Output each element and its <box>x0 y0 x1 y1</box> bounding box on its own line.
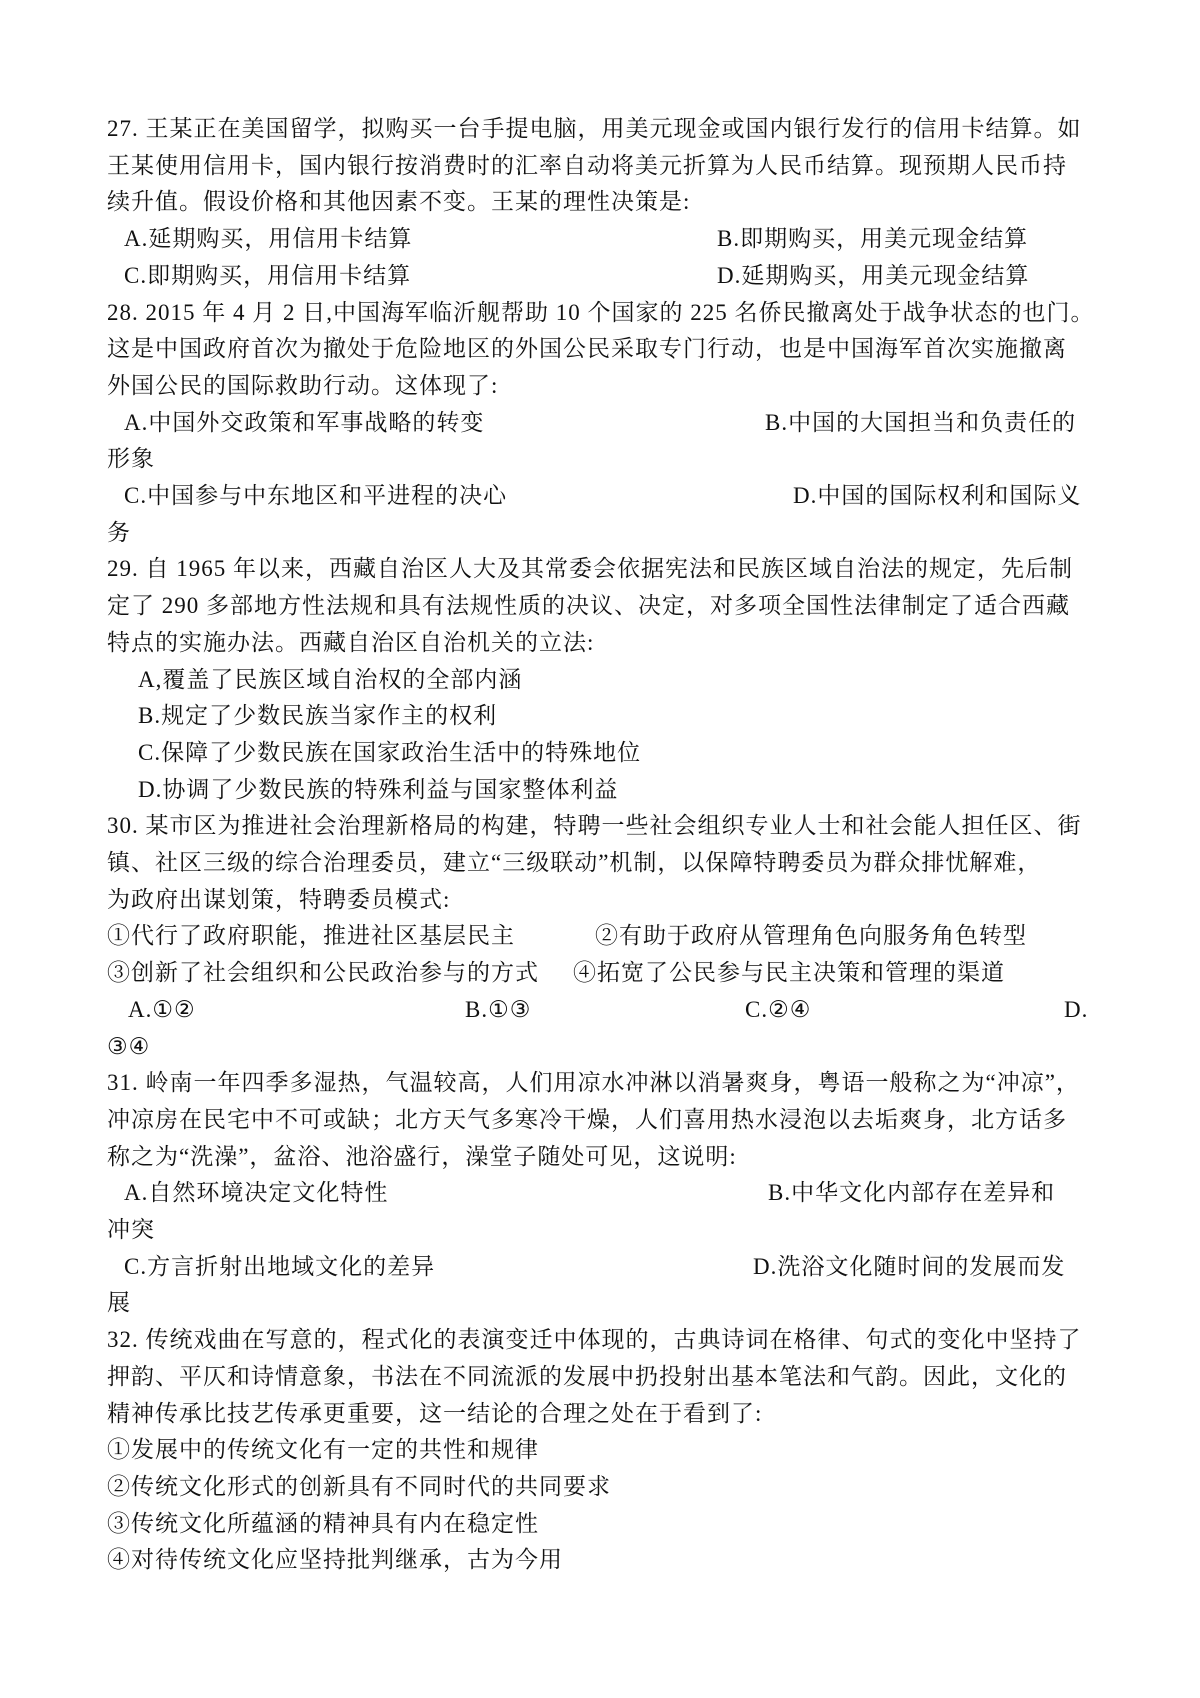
question-29-option-A: A,覆盖了民族区域自治权的全部内涵 <box>138 663 522 697</box>
question-30-line: 为政府出谋划策，特聘委员模式: <box>0 883 1200 920</box>
question-31-line: A.自然环境决定文化特性B.中华文化内部存在差异和 <box>0 1176 1200 1213</box>
question-29-line: A,覆盖了民族区域自治权的全部内涵 <box>0 663 1200 700</box>
question-30-item-2: ②有助于政府从管理角色向服务角色转型 <box>595 919 1027 953</box>
question-29-stem: 29. 自 1965 年以来，西藏自治区人大及其常委会依据宪法和民族区域自治法的… <box>107 552 1073 586</box>
question-29-option-C: C.保障了少数民族在国家政治生活中的特殊地位 <box>138 736 641 770</box>
question-29-option-B: B.规定了少数民族当家作主的权利 <box>138 699 497 733</box>
question-28-line: 这是中国政府首次为撤处于危险地区的外国公民采取专门行动，也是中国海军首次实施撤离 <box>0 332 1200 369</box>
question-27-option-B: B.即期购买，用美元现金结算 <box>717 222 1028 256</box>
question-28-option-A: A.中国外交政策和军事战略的转变 <box>124 406 484 440</box>
question-32-stem: 押韵、平仄和诗情意象，书法在不同流派的发展中扔投射出基本笔法和气韵。因此，文化的 <box>107 1360 1067 1394</box>
question-28-option-B-wrap: 形象 <box>107 442 155 476</box>
question-30-stem: 为政府出谋划策，特聘委员模式: <box>107 883 450 917</box>
question-31-option-C: C.方言折射出地域文化的差异 <box>124 1250 435 1284</box>
question-29-line: 定了 290 多部地方性法规和具有法规性质的决议、决定，对多项全国性法律制定了适… <box>0 589 1200 626</box>
question-31-option-D-wrap: 展 <box>107 1286 131 1320</box>
question-30-line: ③创新了社会组织和公民政治参与的方式④拓宽了公民参与民主决策和管理的渠道 <box>0 956 1200 993</box>
document-page: 27. 王某正在美国留学，拟购买一台手提电脑，用美元现金或国内银行发行的信用卡结… <box>0 0 1200 1698</box>
question-27-stem: 续升值。假设价格和其他因素不变。王某的理性决策是: <box>107 185 690 219</box>
question-31-line: C.方言折射出地域文化的差异D.洗浴文化随时间的发展而发 <box>0 1250 1200 1287</box>
question-28-option-B: B.中国的大国担当和负责任的 <box>765 406 1076 440</box>
question-28-line: 28. 2015 年 4 月 2 日,中国海军临沂舰帮助 10 个国家的 225… <box>0 296 1200 333</box>
question-32-stem: 32. 传统戏曲在写意的，程式化的表演变迁中体现的，古典诗词在格律、句式的变化中… <box>107 1323 1082 1357</box>
question-32-stem: 精神传承比技艺传承更重要，这一结论的合理之处在于看到了: <box>107 1397 762 1431</box>
question-31-line: 冲凉房在民宅中不可或缺；北方天气多寒冷干燥，人们喜用热水浸泡以去垢爽身，北方话多 <box>0 1103 1200 1140</box>
question-30-option-D: D. <box>1064 993 1088 1027</box>
question-30-item-3: ③创新了社会组织和公民政治参与的方式 <box>107 956 539 990</box>
question-30-line: ③④ <box>0 1030 1200 1067</box>
question-32-line: 32. 传统戏曲在写意的，程式化的表演变迁中体现的，古典诗词在格律、句式的变化中… <box>0 1323 1200 1360</box>
question-28-line: A.中国外交政策和军事战略的转变B.中国的大国担当和负责任的 <box>0 406 1200 443</box>
question-32-line: ①发展中的传统文化有一定的共性和规律 <box>0 1433 1200 1470</box>
question-31-option-D: D.洗浴文化随时间的发展而发 <box>753 1250 1065 1284</box>
question-30-option-C: C.②④ <box>745 993 811 1027</box>
question-29-line: C.保障了少数民族在国家政治生活中的特殊地位 <box>0 736 1200 773</box>
question-27-line: A.延期购买，用信用卡结算B.即期购买，用美元现金结算 <box>0 222 1200 259</box>
question-27-line: 王某使用信用卡，国内银行按消费时的汇率自动将美元折算为人民币结算。现预期人民币持 <box>0 149 1200 186</box>
question-28-line: 外国公民的国际救助行动。这体现了: <box>0 369 1200 406</box>
question-28-line: 形象 <box>0 442 1200 479</box>
question-27-line: 27. 王某正在美国留学，拟购买一台手提电脑，用美元现金或国内银行发行的信用卡结… <box>0 112 1200 149</box>
question-27-stem: 27. 王某正在美国留学，拟购买一台手提电脑，用美元现金或国内银行发行的信用卡结… <box>107 112 1082 146</box>
question-28-stem: 28. 2015 年 4 月 2 日,中国海军临沂舰帮助 10 个国家的 225… <box>107 296 1095 330</box>
question-27-option-D: D.延期购买，用美元现金结算 <box>717 259 1029 293</box>
question-28-line: C.中国参与中东地区和平进程的决心D.中国的国际权利和国际义 <box>0 479 1200 516</box>
question-31-line: 31. 岭南一年四季多湿热，气温较高，人们用凉水冲淋以消暑爽身，粤语一般称之为“… <box>0 1066 1200 1103</box>
question-31-option-B: B.中华文化内部存在差异和 <box>768 1176 1055 1210</box>
question-30-option-A: A.①② <box>128 993 196 1027</box>
question-27-line: C.即期购买，用信用卡结算D.延期购买，用美元现金结算 <box>0 259 1200 296</box>
question-30-option-D-wrap: ③④ <box>107 1030 150 1064</box>
question-28-option-C: C.中国参与中东地区和平进程的决心 <box>124 479 507 513</box>
question-27-stem: 王某使用信用卡，国内银行按消费时的汇率自动将美元折算为人民币结算。现预期人民币持 <box>107 149 1067 183</box>
question-28-option-D-wrap: 务 <box>107 516 131 550</box>
question-29-line: 特点的实施办法。西藏自治区自治机关的立法: <box>0 626 1200 663</box>
question-29-stem: 定了 290 多部地方性法规和具有法规性质的决议、决定，对多项全国性法律制定了适… <box>107 589 1070 623</box>
question-32-line: 精神传承比技艺传承更重要，这一结论的合理之处在于看到了: <box>0 1397 1200 1434</box>
question-28-line: 务 <box>0 516 1200 553</box>
question-30-line: 30. 某市区为推进社会治理新格局的构建，特聘一些社会组织专业人士和社会能人担任… <box>0 809 1200 846</box>
question-30-stem: 30. 某市区为推进社会治理新格局的构建，特聘一些社会组织专业人士和社会能人担任… <box>107 809 1082 843</box>
question-29-stem: 特点的实施办法。西藏自治区自治机关的立法: <box>107 626 594 660</box>
question-30-item-1: ①代行了政府职能，推进社区基层民主 <box>107 919 515 953</box>
question-29-line: D.协调了少数民族的特殊利益与国家整体利益 <box>0 773 1200 810</box>
question-28-stem: 外国公民的国际救助行动。这体现了: <box>107 369 498 403</box>
question-31-line: 称之为“洗澡”，盆浴、池浴盛行，澡堂子随处可见，这说明: <box>0 1140 1200 1177</box>
question-29-line: B.规定了少数民族当家作主的权利 <box>0 699 1200 736</box>
question-31-line: 展 <box>0 1286 1200 1323</box>
question-31-option-B-wrap: 冲突 <box>107 1213 155 1247</box>
question-27-line: 续升值。假设价格和其他因素不变。王某的理性决策是: <box>0 185 1200 222</box>
question-31-stem: 冲凉房在民宅中不可或缺；北方天气多寒冷干燥，人们喜用热水浸泡以去垢爽身，北方话多 <box>107 1103 1067 1137</box>
question-29-line: 29. 自 1965 年以来，西藏自治区人大及其常委会依据宪法和民族区域自治法的… <box>0 552 1200 589</box>
question-30-item-4: ④拓宽了公民参与民主决策和管理的渠道 <box>573 956 1005 990</box>
question-27-option-C: C.即期购买，用信用卡结算 <box>124 259 411 293</box>
question-32-item-4: ④对待传统文化应坚持批判继承，古为今用 <box>107 1543 563 1577</box>
question-29-option-D: D.协调了少数民族的特殊利益与国家整体利益 <box>138 773 618 807</box>
question-32-line: ③传统文化所蕴涵的精神具有内在稳定性 <box>0 1507 1200 1544</box>
question-32-line: ②传统文化形式的创新具有不同时代的共同要求 <box>0 1470 1200 1507</box>
question-31-line: 冲突 <box>0 1213 1200 1250</box>
question-30-line: ①代行了政府职能，推进社区基层民主②有助于政府从管理角色向服务角色转型 <box>0 919 1200 956</box>
question-32-item-2: ②传统文化形式的创新具有不同时代的共同要求 <box>107 1470 611 1504</box>
question-27-option-A: A.延期购买，用信用卡结算 <box>124 222 412 256</box>
question-28-stem: 这是中国政府首次为撤处于危险地区的外国公民采取专门行动，也是中国海军首次实施撤离 <box>107 332 1067 366</box>
question-30-line: A.①②B.①③C.②④D. <box>0 993 1200 1030</box>
question-30-stem: 镇、社区三级的综合治理委员，建立“三级联动”机制，以保障特聘委员为群众排忧解难， <box>107 846 1041 880</box>
question-28-option-D: D.中国的国际权利和国际义 <box>793 479 1081 513</box>
question-30-option-B: B.①③ <box>465 993 531 1027</box>
question-32-line: ④对待传统文化应坚持批判继承，古为今用 <box>0 1543 1200 1580</box>
question-32-item-3: ③传统文化所蕴涵的精神具有内在稳定性 <box>107 1507 539 1541</box>
question-31-stem: 31. 岭南一年四季多湿热，气温较高，人们用凉水冲淋以消暑爽身，粤语一般称之为“… <box>107 1066 1080 1100</box>
question-31-option-A: A.自然环境决定文化特性 <box>124 1176 388 1210</box>
question-31-stem: 称之为“洗澡”，盆浴、池浴盛行，澡堂子随处可见，这说明: <box>107 1140 737 1174</box>
question-30-line: 镇、社区三级的综合治理委员，建立“三级联动”机制，以保障特聘委员为群众排忧解难， <box>0 846 1200 883</box>
question-32-line: 押韵、平仄和诗情意象，书法在不同流派的发展中扔投射出基本笔法和气韵。因此，文化的 <box>0 1360 1200 1397</box>
question-32-item-1: ①发展中的传统文化有一定的共性和规律 <box>107 1433 539 1467</box>
